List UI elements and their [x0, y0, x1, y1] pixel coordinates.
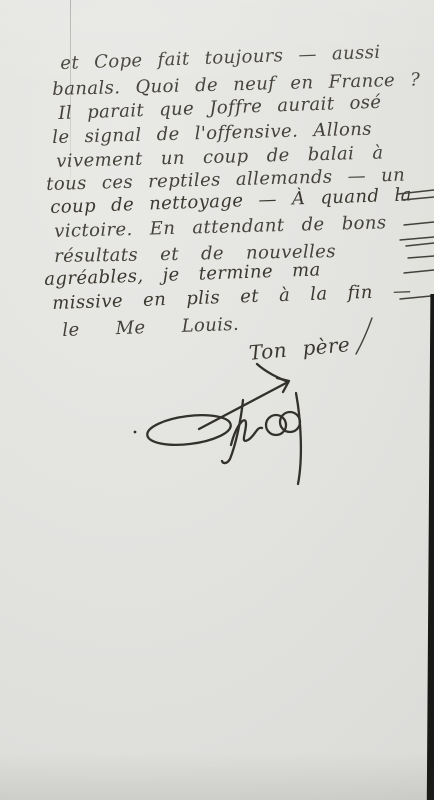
signature-pere-tail	[257, 364, 288, 382]
signature-descender	[296, 393, 301, 484]
signature-stem	[222, 400, 243, 463]
closing-line: Ton père	[248, 332, 351, 365]
signature-loop-1	[266, 415, 286, 435]
ink-speck	[134, 431, 137, 434]
signature-loop-2	[280, 412, 300, 432]
signature-arrow-line	[199, 382, 288, 429]
handwriting-line: victoire. En attendant de bons	[54, 212, 387, 242]
signature-ellipse	[146, 411, 233, 449]
scan-edge-shadow	[426, 294, 434, 800]
signature-letters	[231, 420, 262, 445]
signature-strokes	[134, 364, 301, 484]
farewell-line: le Me Louis.	[62, 314, 239, 341]
handwriting-line: et Cope fait toujours — aussi	[60, 42, 381, 74]
signature-arrow-head	[277, 378, 289, 392]
letter-page: et Cope fait toujours — aussi banals. Qu…	[0, 0, 434, 800]
